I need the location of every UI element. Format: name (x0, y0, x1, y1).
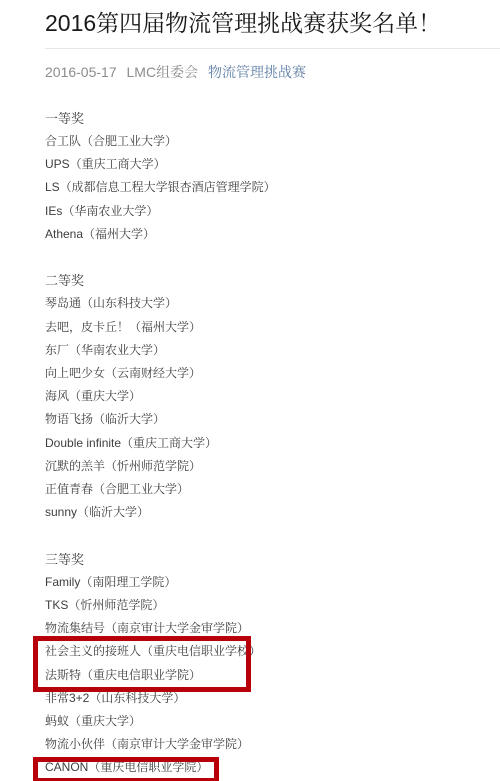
list-item: TKS（忻州师范学院） (45, 594, 500, 617)
list-item: 正值青春（合肥工业大学） (45, 478, 500, 501)
spacer (45, 246, 500, 270)
section-title: 二等奖 (45, 269, 500, 292)
list-item: 沉默的羔羊（忻州师范学院） (45, 455, 500, 478)
list-item: 物语飞扬（临沂大学） (45, 408, 500, 431)
spacer (45, 524, 500, 548)
section-first-prize: 一等奖 合工队（合肥工业大学） UPS（重庆工商大学） LS（成都信息工程大学银… (45, 107, 500, 246)
list-item: 法斯特（重庆电信职业学院） (45, 664, 500, 687)
list-item: Athena（福州大学） (45, 223, 500, 246)
list-item: 蚂蚁（重庆大学） (45, 710, 500, 733)
list-item: Double infinite（重庆工商大学） (45, 432, 500, 455)
list-item: 非常3+2（山东科技大学） (45, 687, 500, 710)
section-title: 一等奖 (45, 107, 500, 130)
list-item: LS（成都信息工程大学银杏酒店管理学院） (45, 176, 500, 199)
list-item: 社会主义的接班人（重庆电信职业学校） (45, 640, 500, 663)
list-item: sunny（临沂大学） (45, 501, 500, 524)
article-content: 一等奖 合工队（合肥工业大学） UPS（重庆工商大学） LS（成都信息工程大学银… (45, 107, 500, 780)
author: LMC组委会 (127, 64, 199, 80)
section-third-prize: 三等奖 Family（南阳理工学院） TKS（忻州师范学院） 物流集结号（南京审… (45, 548, 500, 780)
title-divider (45, 48, 500, 49)
list-item: 去吧，皮卡丘！（福州大学） (45, 316, 500, 339)
list-item: 物流小伙伴（南京审计大学金审学院） (45, 733, 500, 756)
page-title: 2016第四届物流管理挑战赛获奖名单！ (45, 8, 441, 38)
list-item: 海风（重庆大学） (45, 385, 500, 408)
publish-date: 2016-05-17 (45, 64, 117, 80)
list-item: 物流集结号（南京审计大学金审学院） (45, 617, 500, 640)
list-item: CANON（重庆电信职业学院） (45, 756, 500, 779)
list-item: UPS（重庆工商大学） (45, 153, 500, 176)
list-item: 东厂（华南农业大学） (45, 339, 500, 362)
list-item: 琴岛通（山东科技大学） (45, 292, 500, 315)
account-link[interactable]: 物流管理挑战赛 (208, 64, 306, 80)
section-second-prize: 二等奖 琴岛通（山东科技大学） 去吧，皮卡丘！（福州大学） 东厂（华南农业大学）… (45, 269, 500, 524)
article-meta: 2016-05-17 LMC组委会 物流管理挑战赛 (45, 62, 306, 82)
list-item: Family（南阳理工学院） (45, 571, 500, 594)
section-title: 三等奖 (45, 548, 500, 571)
list-item: 向上吧少女（云南财经大学） (45, 362, 500, 385)
list-item: 合工队（合肥工业大学） (45, 130, 500, 153)
list-item: IEs（华南农业大学） (45, 200, 500, 223)
